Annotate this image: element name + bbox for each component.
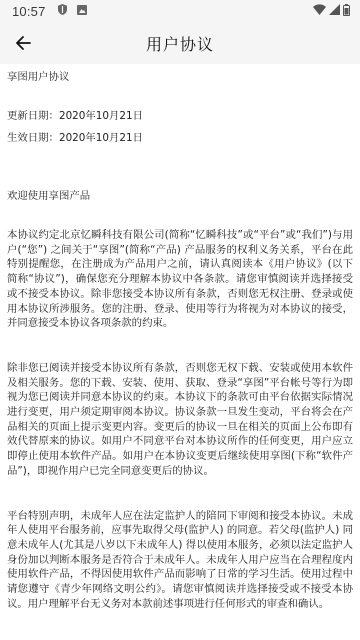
updated-date: 更新日期：2020年10月21日 [7,109,353,124]
app-bar: 用户协议 [0,22,360,64]
agreement-paragraph: 除非您已阅读并接受本协议所有条款，否则您无权下载、安装或使用本软件及相关服务。您… [7,361,353,479]
page-title: 用户协议 [0,32,360,55]
status-right-icons [313,4,350,19]
status-time: 10:57 [12,4,46,19]
back-button[interactable] [10,22,36,64]
agreement-content: 享图用户协议 更新日期：2020年10月21日 生效日期：2020年10月21日… [0,70,360,611]
effective-date: 生效日期：2020年10月21日 [7,131,353,146]
signal-icon [329,4,340,18]
agreement-paragraph: 平台特别声明，未成年人应在法定监护人的陪同下审阅和接受本协议。未成年人使用平台服… [7,509,353,612]
image-notification-icon [77,4,87,18]
welcome-text: 欢迎使用享图产品 [7,189,353,204]
agreement-paragraph: 本协议约定北京忆瞬科技有限公司(简称“忆瞬科技”或“平台”或“我们”)与用户(“… [7,228,353,331]
battery-icon [343,4,350,19]
document-title: 享图用户协议 [7,70,353,85]
arrow-left-icon [15,35,31,51]
shield-notification-icon [58,4,67,18]
wifi-icon [313,4,326,18]
status-bar: 10:57 [0,0,360,22]
